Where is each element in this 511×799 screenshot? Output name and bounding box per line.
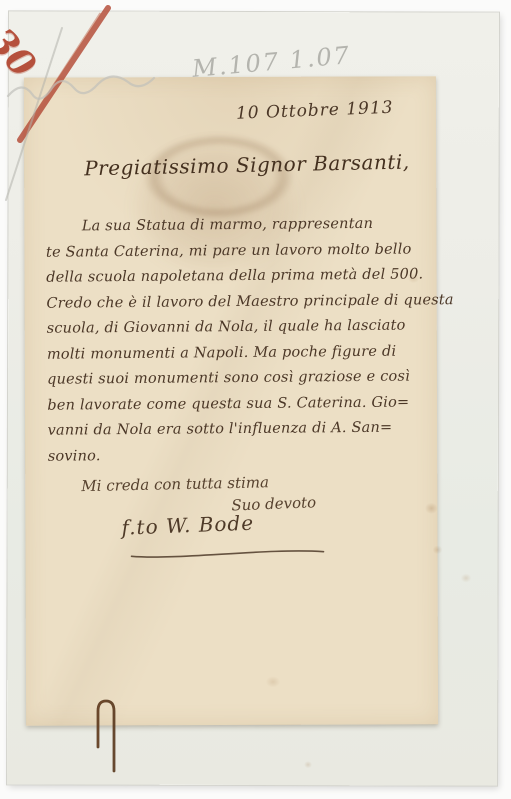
stain — [423, 501, 439, 515]
letter-signature: f.to W. Bode — [121, 511, 254, 540]
letter-closing: Mi creda con tutta stima — [81, 473, 269, 495]
letter-line: La sua Statua di marmo, rappresentan — [46, 211, 454, 240]
letter-line: sovino. — [48, 441, 456, 470]
letter-line: Credo che è il lavoro del Maestro princi… — [46, 288, 454, 317]
paperclip-mark — [91, 697, 123, 777]
signature-underline — [128, 545, 328, 562]
letter-line: questi suoi monumenti sono così graziose… — [47, 364, 455, 393]
letter-body: La sua Statua di marmo, rappresentan te … — [46, 211, 456, 470]
letter-line: ben lavorate come questa sua S. Caterina… — [47, 390, 455, 419]
letter-salutation: Pregiatissimo Signor Barsanti, — [84, 150, 410, 181]
stain — [460, 573, 473, 584]
letter-line: scuola, di Giovanni da Nola, il quale ha… — [47, 313, 455, 342]
stain — [264, 675, 282, 689]
letter-line: della scuola napoletana della prima metà… — [46, 262, 454, 291]
letter-line: te Santa Caterina, mi pare un lavoro mol… — [46, 237, 454, 266]
letter-paper: 10 Ottobre 1913 Pregiatissimo Signor Bar… — [24, 76, 438, 725]
stain — [303, 760, 313, 769]
letter-line: molti monumenti a Napoli. Ma poche figur… — [47, 339, 455, 368]
scan-background: 10 Ottobre 1913 Pregiatissimo Signor Bar… — [0, 0, 511, 799]
letter-line: vanni da Nola era sotto l'influenza di A… — [47, 415, 455, 444]
letter-date: 10 Ottobre 1913 — [236, 98, 394, 124]
